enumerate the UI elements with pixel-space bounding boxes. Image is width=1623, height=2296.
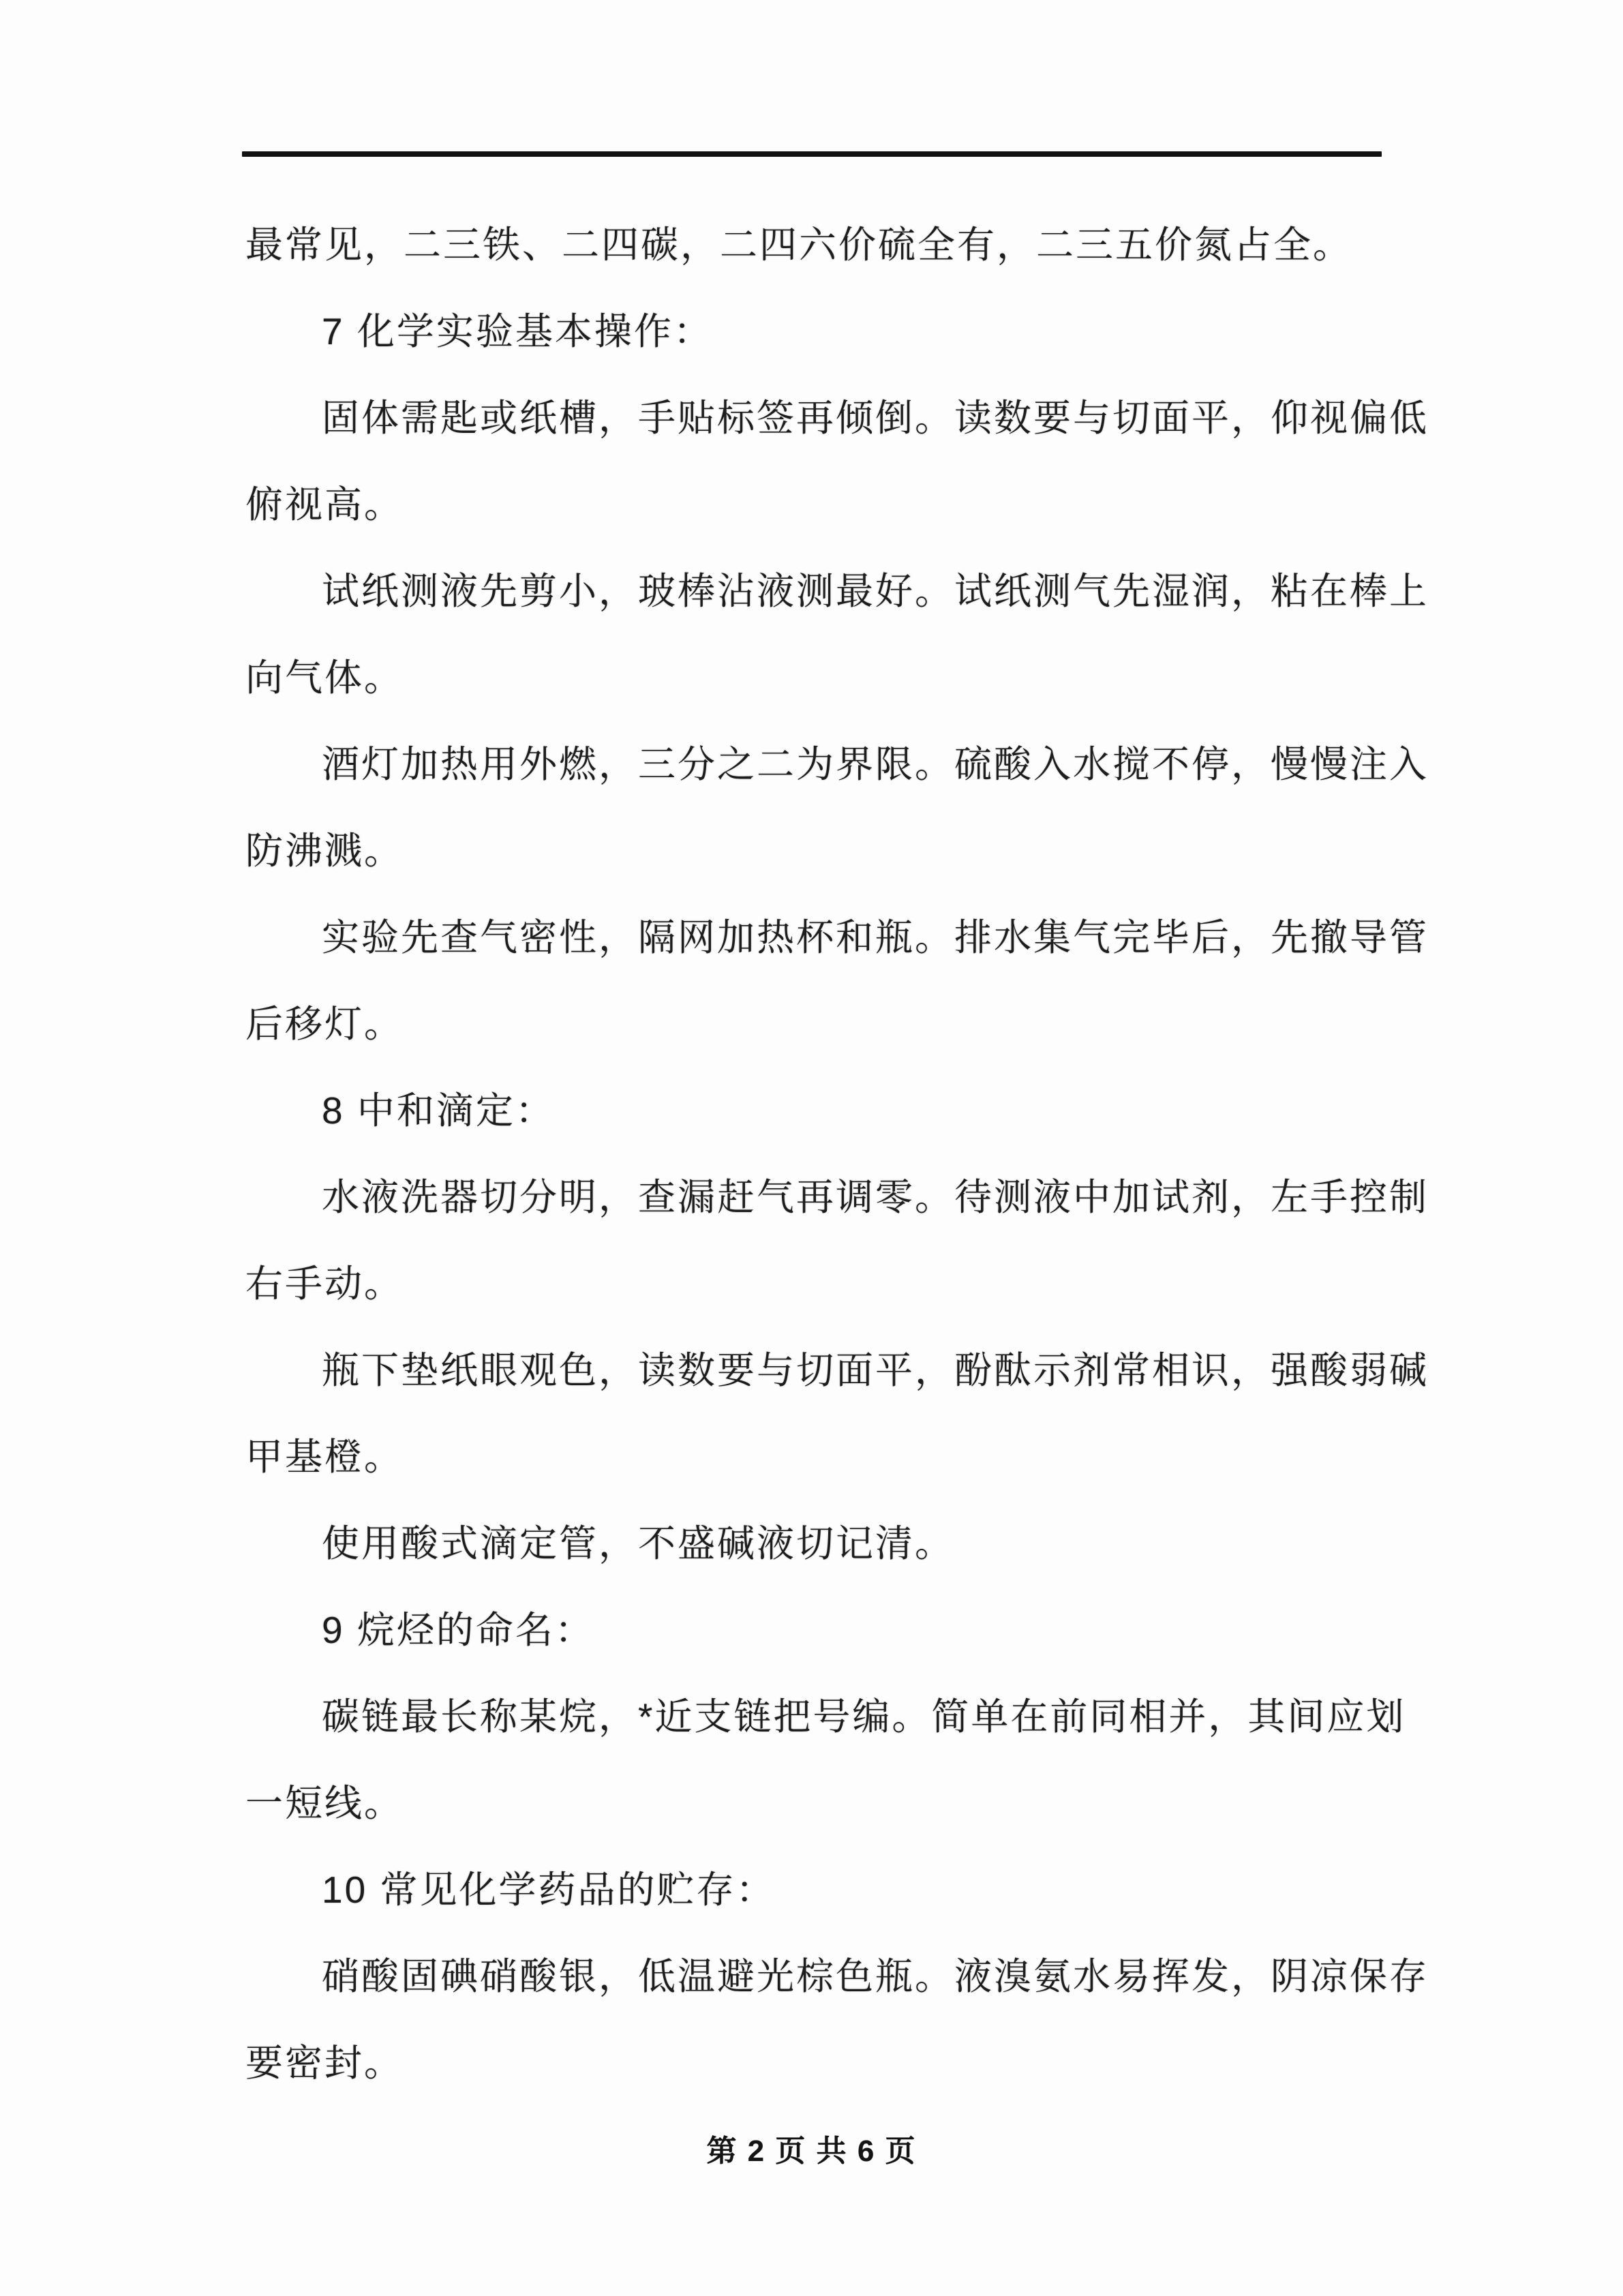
text-line: 硝酸固碘硝酸银，低温避光棕色瓶。液溴氨水易挥发，阴凉保存 xyxy=(245,1933,1404,2020)
text-line: 10 常见化学药品的贮存： xyxy=(245,1847,1404,1933)
page-footer: 第 2 页 共 6 页 xyxy=(0,2131,1623,2172)
text-line: 向气体。 xyxy=(245,635,1404,721)
text-line: 后移灯。 xyxy=(245,981,1404,1068)
text-line: 最常见，二三铁、二四碳，二四六价硫全有，二三五价氮占全。 xyxy=(245,202,1404,288)
text-line: 右手动。 xyxy=(245,1241,1404,1327)
text-line: 7 化学实验基本操作： xyxy=(245,288,1404,375)
text-line: 俯视高。 xyxy=(245,462,1404,548)
text-line: 碳链最长称某烷，*近支链把号编。简单在前同相并，其间应划 xyxy=(245,1674,1404,1760)
document-body: 最常见，二三铁、二四碳，二四六价硫全有，二三五价氮占全。7 化学实验基本操作：固… xyxy=(245,202,1404,2106)
text-line: 防沸溅。 xyxy=(245,808,1404,894)
text-line: 试纸测液先剪小，玻棒沾液测最好。试纸测气先湿润，粘在棒上 xyxy=(245,548,1404,635)
document-page: 最常见，二三铁、二四碳，二四六价硫全有，二三五价氮占全。7 化学实验基本操作：固… xyxy=(0,0,1623,2296)
text-line: 实验先查气密性，隔网加热杯和瓶。排水集气完毕后，先撤导管 xyxy=(245,894,1404,981)
text-line: 瓶下垫纸眼观色，读数要与切面平，酚酞示剂常相识，强酸弱碱 xyxy=(245,1327,1404,1414)
text-line: 酒灯加热用外燃，三分之二为界限。硫酸入水搅不停，慢慢注入 xyxy=(245,721,1404,808)
page-number-label: 第 2 页 共 6 页 xyxy=(706,2134,916,2168)
text-line: 8 中和滴定： xyxy=(245,1068,1404,1154)
text-line: 使用酸式滴定管，不盛碱液切记清。 xyxy=(245,1500,1404,1587)
text-line: 水液洗器切分明，查漏赶气再调零。待测液中加试剂，左手控制 xyxy=(245,1154,1404,1241)
text-line: 一短线。 xyxy=(245,1760,1404,1847)
text-line: 9 烷烃的命名： xyxy=(245,1587,1404,1674)
header-rule xyxy=(242,151,1382,157)
text-line: 甲基橙。 xyxy=(245,1414,1404,1500)
text-line: 固体需匙或纸槽，手贴标签再倾倒。读数要与切面平，仰视偏低 xyxy=(245,375,1404,462)
text-line: 要密封。 xyxy=(245,2020,1404,2106)
